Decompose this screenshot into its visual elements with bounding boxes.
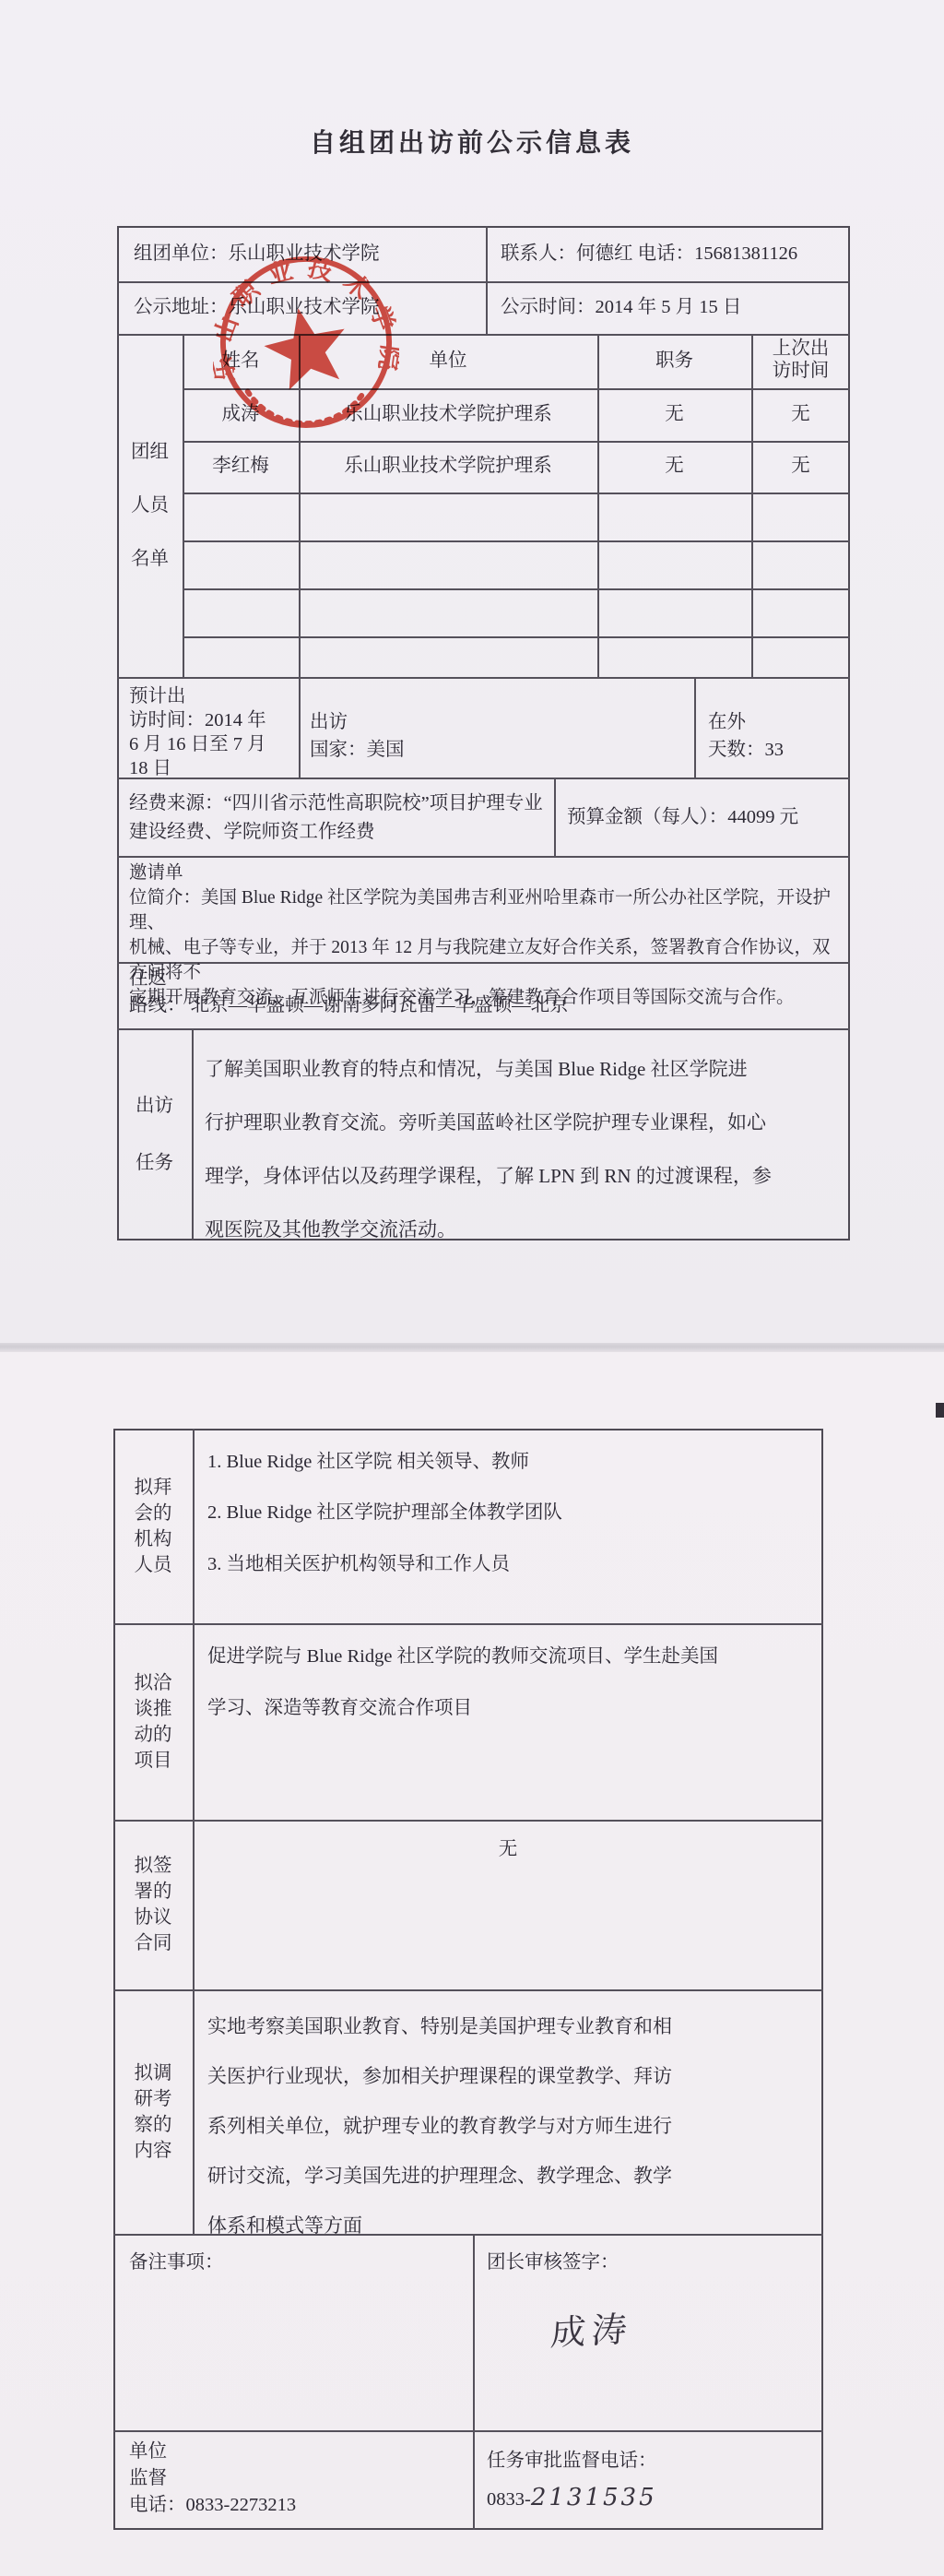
visit-org-line-1: 1. Blue Ridge 社区学院 相关领导、教师: [207, 1450, 807, 1475]
grid-line: [113, 1820, 823, 1822]
visit-country-field: 出访 国家：美国: [310, 708, 549, 764]
agreements-text: 无: [193, 1837, 823, 1862]
grid-line: [117, 334, 850, 336]
notice-time-field: 公示时间：2014 年 5 月 15 日: [501, 295, 844, 320]
grid-line: [193, 1429, 195, 2234]
members-header-lastvisit: 上次出 访时间: [751, 338, 850, 382]
scan-edge-artifact: [936, 1403, 944, 1418]
grid-line: [183, 334, 184, 677]
grid-line: [183, 441, 850, 443]
grid-line: [113, 2430, 823, 2432]
member-row-unit: 乐山职业技术学院护理系: [299, 402, 597, 427]
grid-line: [183, 540, 850, 542]
projects-label: 拟洽 谈推 动的 项目: [113, 1623, 193, 1820]
route-field: 往返 路线： 北京—华盛顿—谢南多阿瓦雷—华盛顿—北京: [129, 966, 844, 1019]
member-row-duty: 无: [597, 402, 751, 427]
mission-section-label: 出访 任务: [117, 1028, 192, 1241]
grid-line: [694, 677, 696, 778]
members-header-name: 姓名: [183, 349, 299, 374]
grid-line: [751, 334, 753, 677]
grid-line: [117, 281, 850, 283]
form-title: 自组团出访前公示信息表: [0, 123, 944, 160]
member-row-duty: 无: [597, 454, 751, 479]
member-row-name: 李红梅: [183, 454, 299, 479]
scanned-form-document: { "seal": { "text": "乐山职业技术学院", "color":…: [0, 0, 944, 2576]
days-abroad-field: 在外 天数：33: [708, 708, 846, 764]
org-unit-field: 组团单位：乐山职业技术学院: [134, 242, 479, 267]
member-row-name: 成涛: [183, 402, 299, 427]
grid-line: [183, 388, 850, 390]
contact-field: 联系人：何德红 电话：15681381126: [501, 242, 844, 267]
mission-text: 了解美国职业教育的特点和情况，与美国 Blue Ridge 社区学院进 行护理职…: [205, 1042, 841, 1256]
visit-org-label: 拟拜 会的 机构 人员: [113, 1429, 193, 1623]
leader-sign-label: 团长审核签字：: [487, 2250, 800, 2275]
funding-source-field: 经费来源：“四川省示范性高职院校”项目护理专业建设经费、学院师资工作经费: [129, 789, 544, 847]
visit-org-line-3: 3. 当地相关医护机构领导和工作人员: [207, 1552, 807, 1577]
member-row-unit: 乐山职业技术学院护理系: [299, 454, 597, 479]
grid-line: [117, 1028, 850, 1030]
notice-address-field: 公示地址：乐山职业技术学院: [134, 295, 479, 320]
grid-line: [117, 677, 850, 679]
members-header-duty: 职务: [597, 349, 751, 374]
grid-line: [117, 856, 850, 858]
planned-visit-time-field: 预计出 访时间：2014 年 6 月 16 日至 7 月 18 日: [129, 684, 300, 780]
unit-phone-field: 单位 监督 电话：0833-2273213: [129, 2439, 442, 2519]
task-phone-handwritten: 2131535: [531, 2484, 657, 2511]
task-phone-prefix: 0833-: [487, 2489, 531, 2510]
grid-line: [192, 1028, 194, 1241]
member-row-lastvisit: 无: [751, 402, 850, 427]
research-label: 拟调 研考 察的 内容: [113, 1989, 193, 2234]
grid-line: [183, 493, 850, 494]
remarks-label: 备注事项：: [129, 2250, 442, 2275]
grid-line: [113, 1989, 823, 1991]
projects-text: 促进学院与 Blue Ridge 社区学院的教师交流项目、学生赴美国 学习、深造…: [207, 1631, 811, 1734]
grid-line: [473, 2234, 475, 2530]
members-section-label: 团组 人员 名单: [117, 334, 183, 677]
page-seam: [0, 1343, 944, 1352]
visit-org-line-2: 2. Blue Ridge 社区学院护理部全体教学团队: [207, 1501, 807, 1525]
research-text: 实地考察美国职业教育、特别是美国护理专业教育和相 关医护行业现状，参加相关护理课…: [207, 2001, 811, 2250]
member-row-lastvisit: 无: [751, 454, 850, 479]
agreements-label: 拟签 署的 协议 合同: [113, 1820, 193, 1989]
form-table-page2: [113, 1429, 823, 2530]
task-phone-number: 0833-2131535: [487, 2486, 809, 2512]
grid-line: [183, 588, 850, 590]
grid-line: [113, 1623, 823, 1625]
task-phone-label: 任务审批监督电话：: [487, 2449, 809, 2474]
members-header-unit: 单位: [299, 349, 597, 374]
budget-field: 预算金额（每人）：44099 元: [567, 805, 844, 830]
grid-line: [183, 636, 850, 638]
grid-line: [554, 778, 556, 856]
grid-line: [486, 226, 488, 334]
grid-line: [597, 334, 599, 677]
